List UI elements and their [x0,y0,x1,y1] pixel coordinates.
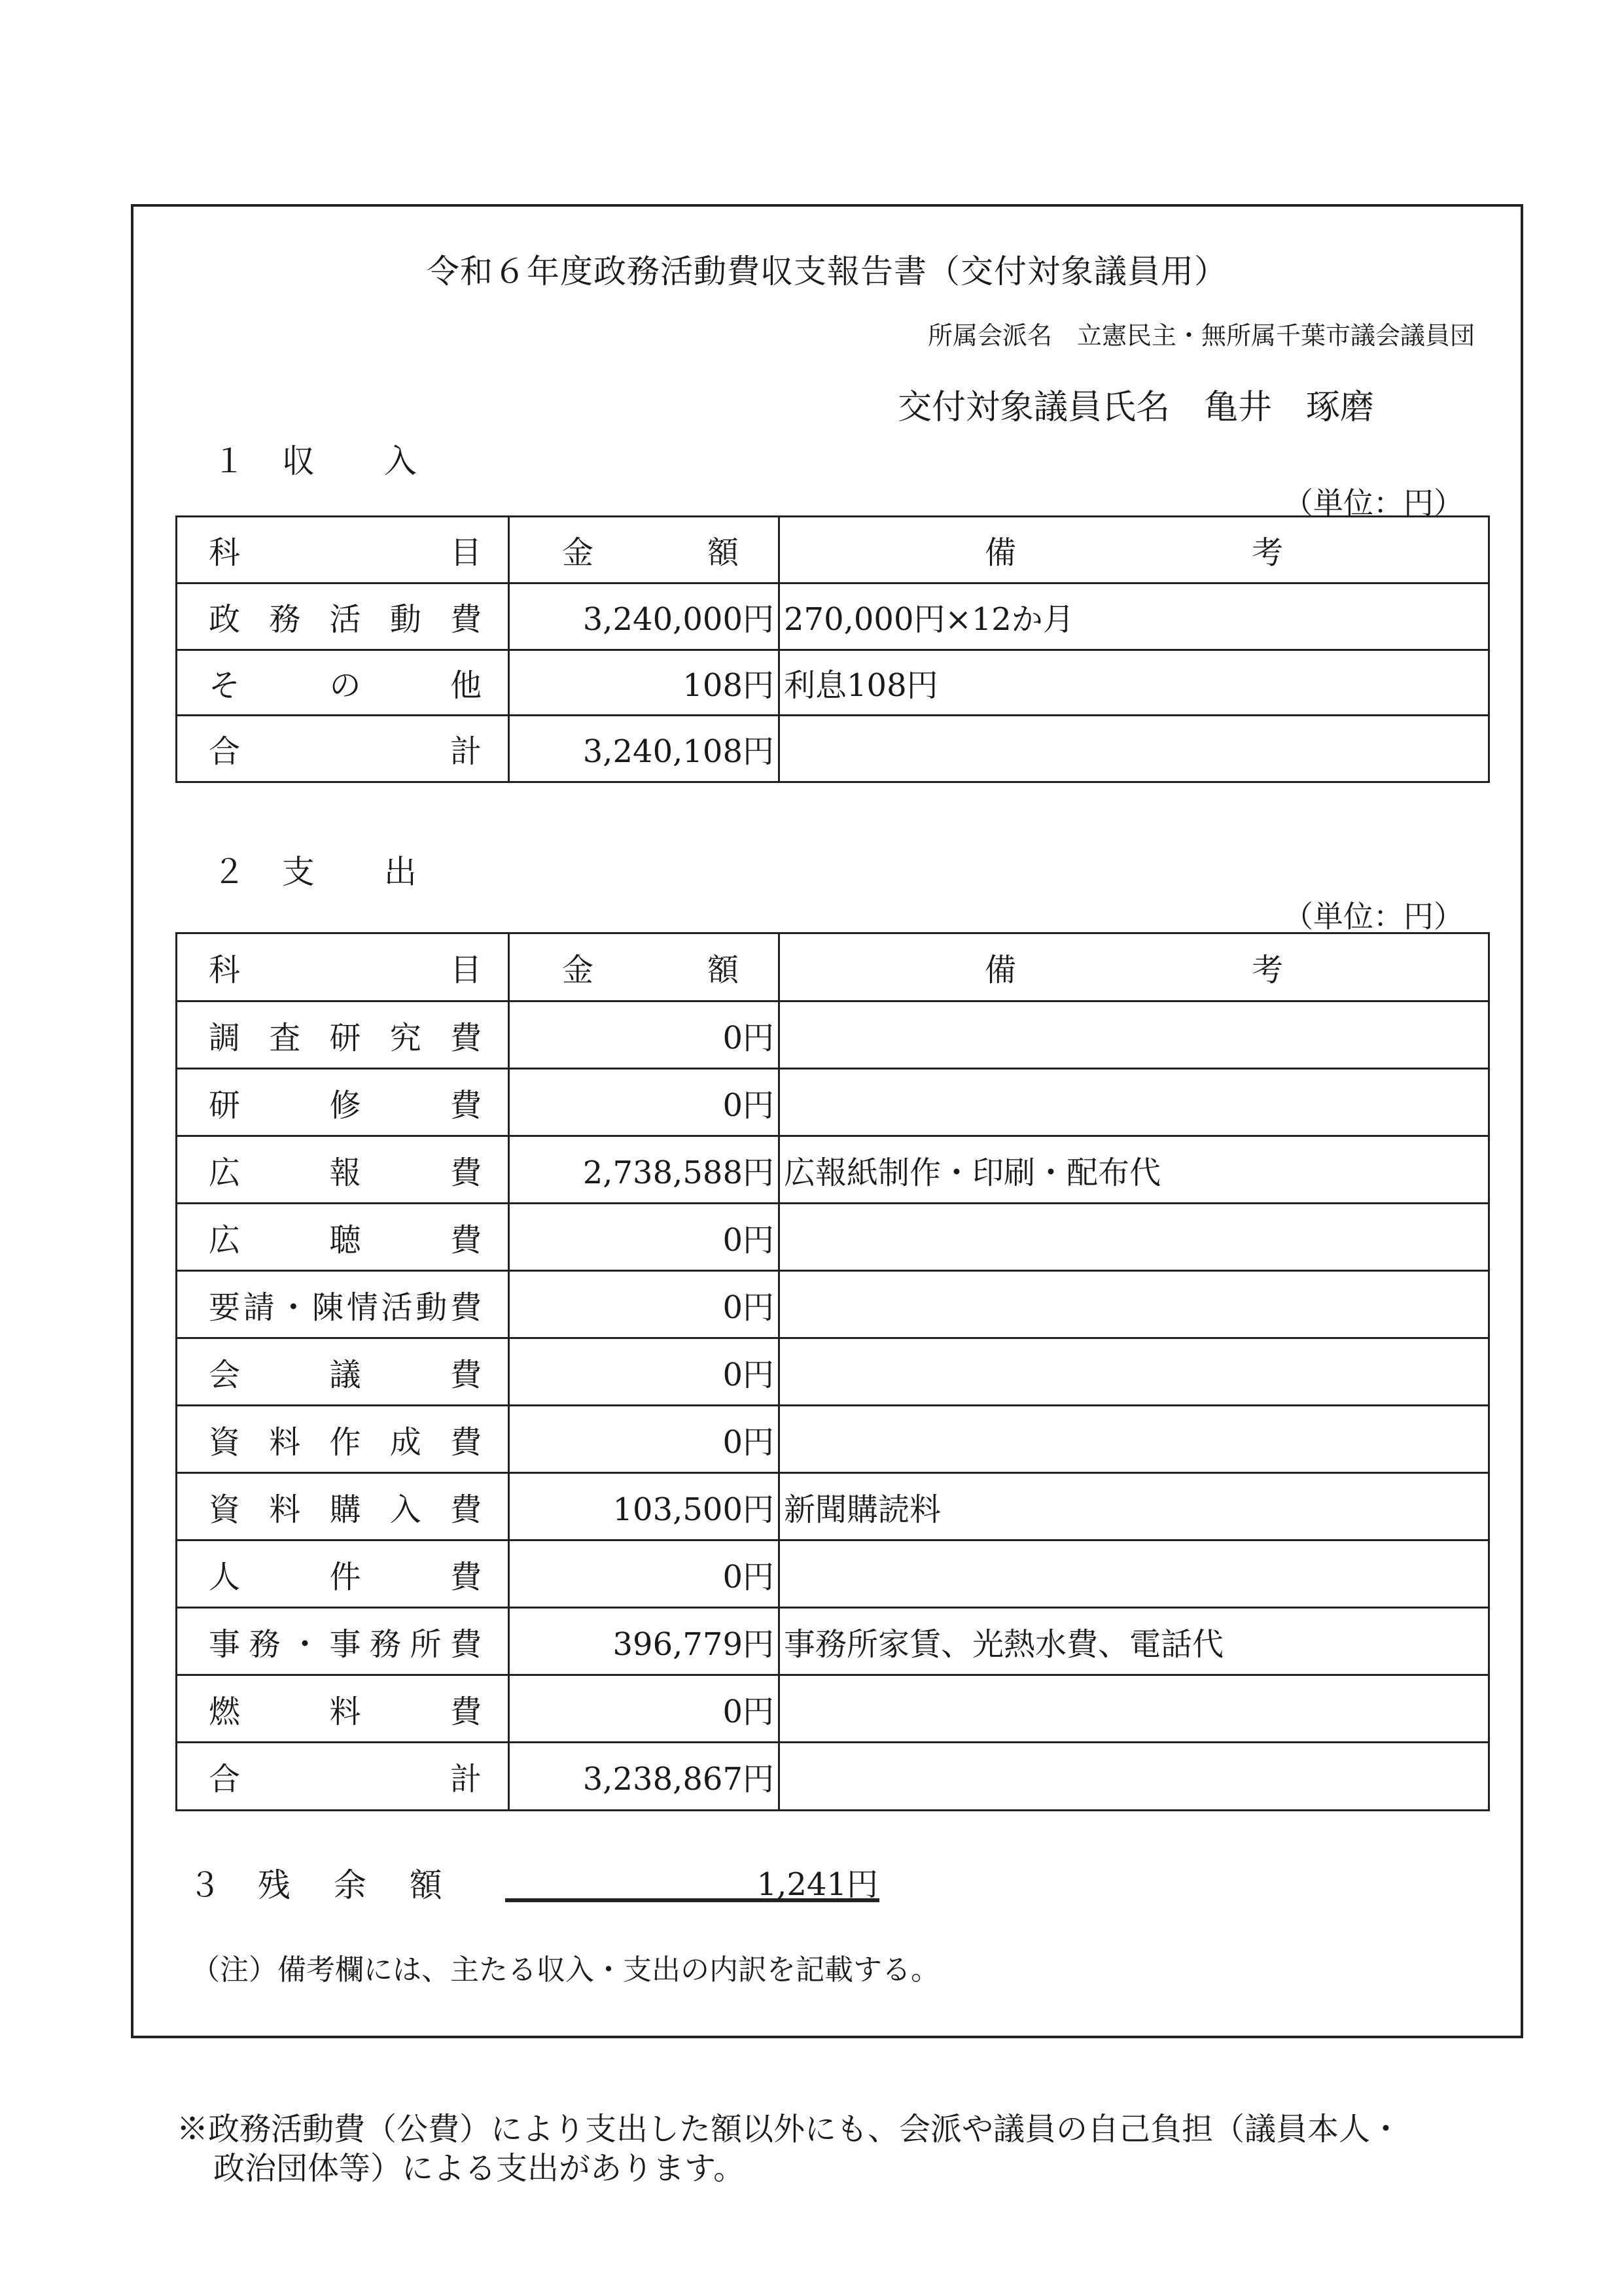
remarks-note: （注）備考欄には、主たる収入・支出の内訳を記載する。 [191,1946,940,1988]
row-amount: 0円 [509,1204,779,1271]
header-item: 科目 [177,517,509,583]
table-row: 広報費 2,738,588円 広報紙制作・印刷・配布代 [177,1136,1489,1204]
balance-underline [505,1898,879,1902]
table-row: 資料作成費 0円 [177,1406,1489,1473]
row-item: 政務活動費 [177,583,509,650]
row-item: その他 [177,650,509,716]
expense-table-header: 科目 金額 備考 [177,933,1489,1001]
balance-section-number: ３ [188,1859,221,1906]
footnote: ※政務活動費（公費）により支出した額以外にも、会派や議員の自己負担（議員本人・ … [177,2110,1402,2188]
income-section-number: １ [213,435,245,482]
table-row-total: 合計 3,238,867円 [177,1743,1489,1811]
income-table-header: 科目 金額 備考 [177,517,1489,583]
party-label: 所属会派名 [928,321,1052,350]
table-row: 要請・陳情活動費 0円 [177,1271,1489,1338]
table-row: 調査研究費 0円 [177,1001,1489,1069]
table-row: 人件費 0円 [177,1540,1489,1608]
row-item: 調査研究費 [177,1001,509,1069]
row-amount: 0円 [509,1406,779,1473]
header-note-char-2: 考 [1252,945,1283,990]
balance-char-2: 余 [334,1859,366,1906]
party-line: 所属会派名立憲民主・無所属千葉市議会議員団 [928,315,1475,351]
row-item: 資料作成費 [177,1406,509,1473]
header-note: 備考 [779,933,1489,1001]
row-item: 広聴費 [177,1204,509,1271]
row-amount: 3,238,867円 [509,1743,779,1811]
row-note: 270,000円×12か月 [779,583,1489,650]
header-item: 科目 [177,933,509,1001]
row-amount: 108円 [509,650,779,716]
row-item: 研修費 [177,1069,509,1136]
table-row: 資料購入費 103,500円 新聞購読料 [177,1473,1489,1540]
row-amount: 0円 [509,1271,779,1338]
row-note: 新聞購読料 [779,1473,1489,1540]
expense-unit-label: （単位：円） [1283,893,1464,936]
row-amount: 396,779円 [509,1608,779,1675]
row-item: 会議費 [177,1338,509,1406]
row-item: 広報費 [177,1136,509,1204]
member-given-name: 琢磨 [1306,388,1374,427]
row-note [779,1069,1489,1136]
row-item: 要請・陳情活動費 [177,1271,509,1338]
income-section-char-1: 収 [282,435,315,482]
member-line: 交付対象議員氏名亀井琢磨 [898,379,1374,428]
row-note [779,1406,1489,1473]
income-section-char-2: 入 [384,435,417,482]
row-amount: 2,738,588円 [509,1136,779,1204]
expense-section-heading: ２ 支 出 [213,846,417,893]
header-note-char-1: 備 [985,527,1016,572]
table-row: 研修費 0円 [177,1069,1489,1136]
row-note: 事務所家賃、光熱水費、電話代 [779,1608,1489,1675]
table-row: 広聴費 0円 [177,1204,1489,1271]
footnote-line-2: 政治団体等）による支出があります。 [177,2149,1402,2188]
expense-section-char-1: 支 [282,846,315,893]
balance-char-1: 残 [258,1859,291,1906]
table-row: 事務・事務所費 396,779円 事務所家賃、光熱水費、電話代 [177,1608,1489,1675]
balance-char-3: 額 [410,1859,442,1906]
row-amount: 0円 [509,1001,779,1069]
row-amount: 0円 [509,1675,779,1743]
row-amount: 0円 [509,1069,779,1136]
row-item: 事務・事務所費 [177,1608,509,1675]
row-item: 合計 [177,716,509,782]
income-table: 科目 金額 備考 政務活動費 3,240,000円 270,000円×12か月 … [175,515,1490,783]
header-note-char-2: 考 [1252,527,1283,572]
expense-table: 科目 金額 備考 調査研究費 0円 研修費 0円 広報費 2,738,588円 … [175,932,1490,1811]
row-note [779,1001,1489,1069]
row-note [779,1540,1489,1608]
row-item: 資料購入費 [177,1473,509,1540]
table-row: 燃料費 0円 [177,1675,1489,1743]
row-amount: 103,500円 [509,1473,779,1540]
report-title: 令和６年度政務活動費収支報告書（交付対象議員用） [131,245,1523,292]
row-item: 合計 [177,1743,509,1811]
row-note [779,1204,1489,1271]
row-amount: 3,240,108円 [509,716,779,782]
row-note [779,1675,1489,1743]
table-row-total: 合計 3,240,108円 [177,716,1489,782]
balance-value: 1,241円 [505,1859,878,1904]
member-label: 交付対象議員氏名 [898,388,1170,427]
header-note-char-1: 備 [985,945,1016,990]
row-note [779,1338,1489,1406]
row-note [779,716,1489,782]
income-section-heading: １ 収 入 [213,435,417,482]
row-note: 広報紙制作・印刷・配布代 [779,1136,1489,1204]
table-row: 政務活動費 3,240,000円 270,000円×12か月 [177,583,1489,650]
row-item: 人件費 [177,1540,509,1608]
row-amount: 3,240,000円 [509,583,779,650]
row-note: 利息108円 [779,650,1489,716]
row-note [779,1743,1489,1811]
row-amount: 0円 [509,1338,779,1406]
table-row: 会議費 0円 [177,1338,1489,1406]
party-name: 立憲民主・無所属千葉市議会議員団 [1077,321,1475,350]
header-note: 備考 [779,517,1489,583]
header-amount: 金額 [509,517,779,583]
row-amount: 0円 [509,1540,779,1608]
member-family-name: 亀井 [1204,388,1272,427]
footnote-line-1: ※政務活動費（公費）により支出した額以外にも、会派や議員の自己負担（議員本人・ [177,2110,1402,2149]
balance-heading: ３ 残 余 額 [188,1859,442,1906]
row-note [779,1271,1489,1338]
expense-section-number: ２ [213,846,245,893]
expense-section-char-2: 出 [384,846,417,893]
header-amount: 金額 [509,933,779,1001]
table-row: その他 108円 利息108円 [177,650,1489,716]
row-item: 燃料費 [177,1675,509,1743]
